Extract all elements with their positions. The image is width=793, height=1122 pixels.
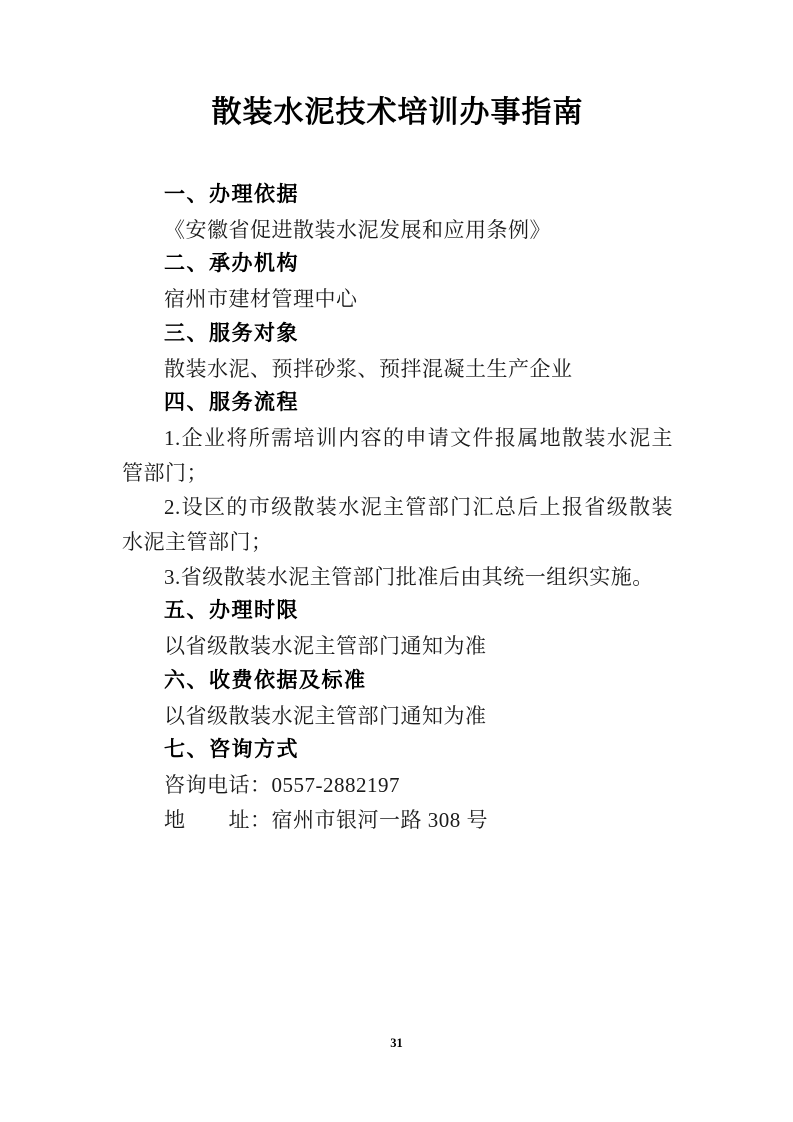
section-heading: 七、咨询方式 [122,733,673,768]
document-title: 散装水泥技术培训办事指南 [122,93,673,133]
section-undertaking-agency: 二、承办机构 宿州市建材管理中心 [122,247,673,316]
section-heading: 三、服务对象 [122,317,673,352]
section-service-targets: 三、服务对象 散装水泥、预拌砂浆、预拌混凝土生产企业 [122,317,673,386]
paragraph: 散装水泥、预拌砂浆、预拌混凝土生产企业 [122,352,673,387]
document-page: 散装水泥技术培训办事指南 一、办理依据 《安徽省促进散装水泥发展和应用条例》 二… [0,0,793,1122]
section-handling-basis: 一、办理依据 《安徽省促进散装水泥发展和应用条例》 [122,178,673,247]
section-service-process: 四、服务流程 1.企业将所需培训内容的申请文件报属地散装水泥主管部门； 2.设区… [122,386,673,594]
section-heading: 六、收费依据及标准 [122,664,673,699]
section-contact-info: 七、咨询方式 咨询电话：0557-2882197 地 址：宿州市银河一路 308… [122,733,673,837]
paragraph: 3.省级散装水泥主管部门批准后由其统一组织实施。 [122,560,673,595]
section-processing-time: 五、办理时限 以省级散装水泥主管部门通知为准 [122,594,673,663]
paragraph: 1.企业将所需培训内容的申请文件报属地散装水泥主管部门； [122,421,673,490]
page-number: 31 [0,1036,793,1051]
section-fee-basis: 六、收费依据及标准 以省级散装水泥主管部门通知为准 [122,664,673,733]
document-content: 散装水泥技术培训办事指南 一、办理依据 《安徽省促进散装水泥发展和应用条例》 二… [122,93,673,837]
paragraph: 《安徽省促进散装水泥发展和应用条例》 [122,213,673,248]
contact-address: 地 址：宿州市银河一路 308 号 [122,803,673,838]
section-heading: 四、服务流程 [122,386,673,421]
paragraph: 以省级散装水泥主管部门通知为准 [122,629,673,664]
section-heading: 二、承办机构 [122,247,673,282]
paragraph: 2.设区的市级散装水泥主管部门汇总后上报省级散装水泥主管部门； [122,490,673,559]
paragraph: 以省级散装水泥主管部门通知为准 [122,699,673,734]
section-heading: 一、办理依据 [122,178,673,213]
section-heading: 五、办理时限 [122,594,673,629]
contact-phone: 咨询电话：0557-2882197 [122,768,673,803]
paragraph: 宿州市建材管理中心 [122,282,673,317]
